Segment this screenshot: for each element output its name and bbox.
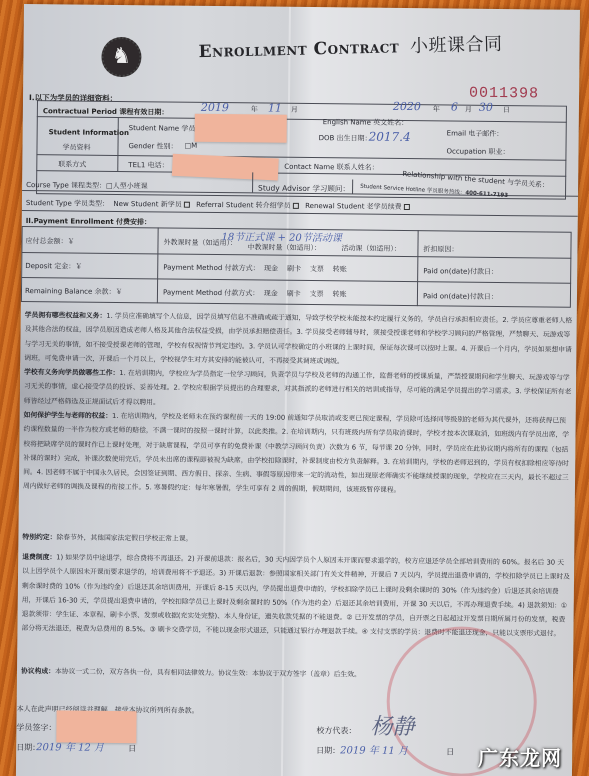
pegasus-logo-icon: ♞ — [101, 37, 141, 77]
school-rep-signature: 杨静 — [370, 710, 414, 741]
tel-label: TEL1 电话： — [128, 160, 168, 170]
site-watermark: 广东龙网 — [478, 742, 562, 771]
option-cheque[interactable]: 支票 — [310, 290, 324, 298]
school-date-label: 日期： — [316, 745, 340, 756]
day-label: 日 — [503, 105, 510, 115]
gender-label: Gender 性别： — [128, 141, 177, 152]
term-school-duties: 学校有义务向学员做哪些工作：1. 在培训期内，学校应为学员指定一位学习顾问，负责… — [24, 365, 572, 414]
option-cash[interactable]: 现金 — [264, 265, 278, 273]
option-transfer[interactable]: 转账 — [333, 265, 347, 273]
option-card[interactable]: 刷卡 — [287, 290, 301, 298]
student-info-label: Student Information — [49, 128, 129, 137]
paid-on-label-1: Paid on(date)付款日： — [423, 266, 498, 277]
term-protection: 如何保护学生与老师的权益：1. 在培训期内，学校及老师未在预约课程前一天的 19… — [23, 408, 572, 500]
paid-on-label-2: Paid on(date)付款日： — [423, 291, 498, 302]
contractual-period-label: Contractual Period 课程有效日期： — [43, 106, 169, 117]
student-type-new: New Student 新学员 — [113, 200, 181, 209]
student-sign-label: 学员签字： — [16, 722, 56, 733]
payment-method-row-1: Payment Method 付款方式： 现金 刷卡 支票 转账 — [163, 262, 347, 274]
month-label: 月 — [465, 105, 472, 115]
option-transfer[interactable]: 转账 — [332, 290, 346, 298]
row-divider — [22, 210, 578, 217]
study-advisor-label: Study Advisor 学习顾问： — [258, 182, 350, 194]
contact-name-label: Contact Name 联系人姓名： — [284, 162, 378, 173]
remaining-balance-label: Remaining Balance 余款：￥ — [25, 286, 123, 297]
option-cash[interactable]: 现金 — [264, 290, 278, 298]
school-rep-label: 校方代表： — [316, 725, 356, 736]
checkbox-referral-student[interactable] — [293, 203, 299, 209]
discount-label: 折扣原因： — [423, 244, 458, 254]
dob-value: 2017.4 — [369, 130, 411, 144]
gender-option[interactable]: □M — [184, 142, 197, 150]
course-type-label: Course Type 课程类型：□人型小班课 — [26, 180, 148, 191]
chinese-hours-label: 中教课时量（如适用）： — [247, 242, 321, 253]
title-chinese: 小班课合同 — [410, 34, 503, 57]
year-label: 年 — [433, 104, 440, 114]
student-type-referral: Referral Student 转介绍学员 — [196, 201, 291, 210]
checkbox-new-student[interactable] — [184, 202, 190, 208]
activity-label: 活动课（如适用）： — [341, 243, 401, 254]
student-type-label: Student Type 学员类型： — [26, 199, 109, 208]
deposit-label: Deposit 定金：￥ — [25, 261, 82, 272]
school-date-hand: 2019 年 11 月 — [340, 741, 408, 757]
day-label: 日 — [128, 743, 136, 754]
period-end-day: 30 — [479, 101, 493, 114]
term-refund: 退费制度：1) 如果学员中途退学，综合费将不再退还。2) 开课前退款：报名后，3… — [21, 550, 570, 642]
period-end-month: 6 — [451, 100, 458, 113]
option-card[interactable]: 刷卡 — [287, 265, 301, 273]
english-name-label: English Name 英文姓名： — [323, 117, 408, 128]
payment-method-row-2: Payment Method 付款方式： 现金 刷卡 支票 转账 — [163, 287, 347, 299]
year-label: 年 — [251, 104, 258, 114]
term-rights-obligations: 学员拥有哪些权益和义务：1. 学员应准确填写个人信息，因学员填写信息不准确或疏于… — [24, 308, 573, 371]
course-type-option[interactable]: □人型小班课 — [106, 182, 148, 190]
col-divider — [352, 179, 353, 193]
month-label: 月 — [291, 105, 298, 115]
student-info-zh: 学员资料 — [62, 142, 90, 152]
email-label: Email 电子邮件： — [447, 128, 504, 139]
student-date-hand: 2019 年 12 月 — [36, 738, 104, 754]
serial-number: 0011398 — [469, 85, 539, 103]
day-label: 日 — [446, 746, 454, 757]
document-title: Enrollment Contract 小班课合同 — [198, 30, 502, 63]
contract-paper: ♞ Enrollment Contract 小班课合同 0011398 I.以下… — [16, 4, 580, 776]
checkbox-renewal-student[interactable] — [404, 204, 410, 210]
redacted-name — [195, 114, 287, 143]
student-type-renewal: Renewal Student 老学员续费 — [305, 202, 402, 211]
total-amount-label: 应付总金额：￥ — [25, 236, 74, 247]
title-english: Enrollment Contract — [198, 37, 399, 62]
period-start-month: 11 — [268, 102, 282, 115]
occupation-label: Occupation 职业： — [446, 146, 509, 157]
period-end-year: 2020 — [393, 100, 421, 113]
period-start-year: 2019 — [201, 101, 229, 114]
contact-label: 联系方式 — [58, 159, 86, 169]
dob-label: DOB 出生日期： — [319, 133, 372, 144]
term-special: 特别约定：除春节外，其他国家法定假日学校正常上课。 — [22, 530, 570, 550]
col-divider — [252, 172, 253, 192]
option-cheque[interactable]: 支票 — [310, 265, 324, 273]
